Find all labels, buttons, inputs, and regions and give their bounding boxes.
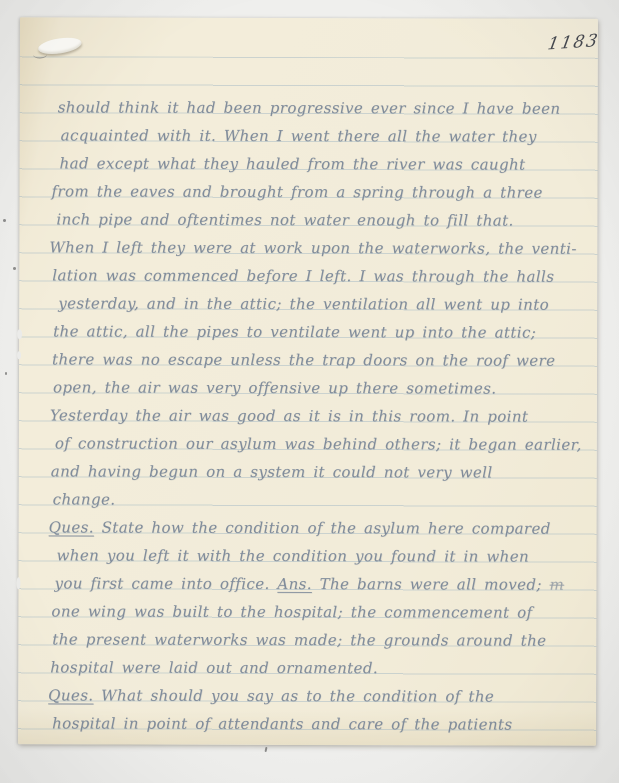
scan-speck bbox=[3, 219, 6, 222]
page-number: 1183 bbox=[546, 31, 601, 55]
manuscript-text: there was no escape unless the trap door… bbox=[52, 350, 555, 369]
manuscript-text: lation was commenced before I left. I wa… bbox=[52, 266, 554, 285]
manuscript-text: and having begun on a system it could no… bbox=[51, 462, 493, 481]
manuscript-line: hospital were laid out and ornamented. bbox=[50, 653, 584, 682]
manuscript-line: should think it had been progressive eve… bbox=[58, 93, 586, 122]
manuscript-text: inch pipe and oftentimes not water enoug… bbox=[56, 210, 513, 229]
manuscript-line: and having begun on a system it could no… bbox=[51, 457, 585, 486]
paper-edge-notch bbox=[17, 351, 21, 359]
manuscript-text: yesterday, and in the attic; the ventila… bbox=[58, 294, 549, 313]
qa-label: Ques. bbox=[48, 686, 93, 704]
manuscript-text: should think it had been progressive eve… bbox=[58, 98, 561, 117]
manuscript-page: 1183 should think it had been progressiv… bbox=[18, 17, 598, 746]
manuscript-line: when you left it with the condition you … bbox=[57, 541, 585, 570]
manuscript-text: State how the condition of the asylum he… bbox=[94, 518, 551, 537]
manuscript-line: had except what they hauled from the riv… bbox=[60, 149, 586, 178]
manuscript-text: What should you say as to the condition … bbox=[93, 686, 494, 705]
manuscript-text: you first came into office. bbox=[54, 574, 277, 593]
manuscript-line: Ques. What should you say as to the cond… bbox=[48, 681, 584, 710]
manuscript-text: When I left they were at work upon the w… bbox=[49, 238, 577, 257]
paper-edge-notch bbox=[17, 329, 22, 339]
manuscript-text: one wing was built to the hospital; the … bbox=[51, 602, 532, 621]
manuscript-text: m bbox=[549, 576, 564, 594]
manuscript-line: acquainted with it. When I went there al… bbox=[61, 121, 586, 150]
manuscript-line: hospital in point of attendants and care… bbox=[52, 709, 584, 738]
manuscript-line: Yesterday the air was good as it is in t… bbox=[50, 401, 585, 430]
manuscript-text: acquainted with it. When I went there al… bbox=[61, 126, 537, 145]
manuscript-text: change. bbox=[53, 490, 116, 508]
manuscript-line: open, the air was very offensive up ther… bbox=[53, 373, 585, 402]
manuscript-line: When I left they were at work upon the w… bbox=[49, 233, 585, 262]
manuscript-line: inch pipe and oftentimes not water enoug… bbox=[56, 205, 585, 234]
manuscript-lines: should think it had been progressive eve… bbox=[54, 93, 586, 738]
manuscript-text: the attic, all the pipes to ventilate we… bbox=[53, 322, 536, 341]
manuscript-line: of construction our asylum was behind ot… bbox=[55, 429, 585, 458]
manuscript-line: change. bbox=[53, 485, 585, 514]
manuscript-text: when you left it with the condition you … bbox=[57, 546, 530, 565]
manuscript-line: one wing was built to the hospital; the … bbox=[51, 597, 584, 626]
manuscript-line: from the eaves and brought from a spring… bbox=[51, 177, 585, 206]
manuscript-line: Ques. State how the condition of the asy… bbox=[49, 513, 585, 542]
manuscript-text: hospital were laid out and ornamented. bbox=[50, 658, 378, 677]
manuscript-text: of construction our asylum was behind ot… bbox=[55, 434, 582, 453]
manuscript-text: The barns were all moved; bbox=[312, 575, 550, 594]
manuscript-text: Yesterday the air was good as it is in t… bbox=[50, 406, 528, 425]
manuscript-text: the present waterworks was made; the gro… bbox=[52, 630, 546, 649]
paper-edge-notch bbox=[16, 577, 20, 589]
manuscript-line: the present waterworks was made; the gro… bbox=[52, 625, 584, 654]
manuscript-line: yesterday, and in the attic; the ventila… bbox=[58, 289, 585, 318]
scan-speck bbox=[5, 372, 7, 375]
manuscript-text: open, the air was very offensive up ther… bbox=[53, 378, 496, 397]
paper-tear-hole bbox=[37, 35, 83, 57]
manuscript-line: you first came into office. Ans. The bar… bbox=[54, 569, 584, 598]
qa-label: Ans. bbox=[277, 575, 312, 593]
manuscript-line: lation was commenced before I left. I wa… bbox=[52, 261, 585, 290]
manuscript-line: the attic, all the pipes to ventilate we… bbox=[53, 317, 585, 346]
scanned-document: 1183 should think it had been progressiv… bbox=[0, 0, 619, 783]
qa-label: Ques. bbox=[49, 518, 94, 536]
manuscript-line: there was no escape unless the trap door… bbox=[52, 345, 585, 374]
scan-speck bbox=[13, 267, 16, 270]
manuscript-text: hospital in point of attendants and care… bbox=[52, 714, 512, 733]
scan-speck bbox=[265, 747, 268, 752]
manuscript-text: from the eaves and brought from a spring… bbox=[51, 182, 542, 201]
manuscript-text: had except what they hauled from the riv… bbox=[60, 154, 526, 173]
